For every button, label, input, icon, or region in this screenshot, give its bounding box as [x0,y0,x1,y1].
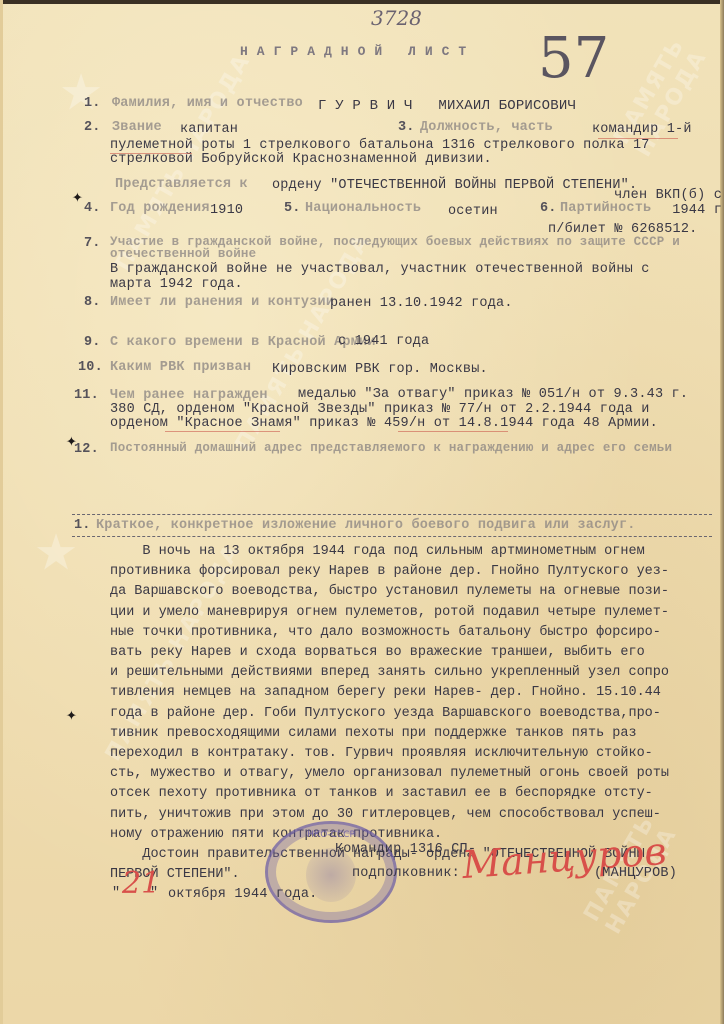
narrative-line: В ночь на 13 октября 1944 года под сильн… [110,542,710,562]
narrative-line: и решительными действиями вперед занять … [110,663,710,683]
field-7-value-2: марта 1942 года. [110,277,243,293]
award-sheet-page: ★ ПАМЯТЬ НАРОДА ★ ПАМЯТЬ НАРОДА ПАМЯТЬ Н… [0,0,724,1024]
date-quote-close: " [150,886,158,902]
field-8-number: 8. [84,295,101,311]
field-2-label: Звание [112,120,162,136]
field-2-value: капитан [180,122,238,138]
field-6-number: 6. [540,201,557,217]
narrative-line: пить, уничтожив при этом до 30 гитлеровц… [110,805,710,825]
field-5-label: Национальность [305,201,421,217]
field-4-label: Год рождения [110,201,210,217]
field-1-value: Г У Р В И Ч МИХАИЛ БОРИСОВИЧ [318,98,576,114]
field-3-number: 3. [398,120,415,136]
date-text: октября 1944 года. [168,887,317,903]
stamp-top-text: НКО-СССР [268,830,394,840]
section-divider-top [72,514,712,515]
narrative-line: да Варшавского воеводства, быстро устано… [110,582,710,602]
narrative-line: вать реку Нарев и схода ворваться во вра… [110,643,710,663]
field-1-number: 1. [84,96,101,112]
field-10-number: 10. [78,360,103,376]
field-2-number: 2. [84,120,101,136]
archive-number: 3728 [371,6,422,30]
scan-edge-left [0,0,3,1024]
field-6-value: член ВКП(б) с 1944 г [590,188,722,218]
field-10-label: Каким РВК призван [110,360,251,376]
field-8-value: ранен 13.10.1942 года. [330,296,513,312]
field-3-label: Должность, часть [420,120,553,136]
ink-blot: ✦ [72,186,83,208]
field-11-number: 11. [74,388,99,404]
narrative-line: тивления немцев на западном берегу реки … [110,683,710,703]
section-label: Краткое, конкретное изложение личного бо… [96,518,636,534]
narrative-line: противника форсировал реку Нарев в район… [110,562,710,582]
ink-blot: ✦ [66,704,77,726]
field-1-label: Фамилия, имя и отчество [112,96,303,112]
field-5-value: осетин [448,204,498,220]
field-7-label: Участие в гражданской войне, последующих… [110,236,710,260]
narrative-line: сть, мужество и отвагу, умело организова… [110,764,710,784]
field-4-number: 4. [84,201,101,217]
field-9-number: 9. [84,335,101,351]
narrative-line: ции и умело маневрируя огнем пулеметов, … [110,603,710,623]
scan-edge-top [0,0,724,4]
date-quote-open: " [112,886,120,902]
scan-edge-right [720,0,724,1024]
field-7-number: 7. [84,236,101,252]
sheet-number: 57 [538,26,609,91]
section-divider-bottom [72,536,712,537]
signature-line-2: подполковник: [352,866,460,882]
narrative-line: тивник превосходящими силами пехоты при … [110,724,710,744]
watermark-star-icon: ★ [35,505,77,592]
field-5-number: 5. [284,201,301,217]
document-title: НАГРАДНОЙ ЛИСТ [240,44,475,60]
signature-line-1: Командир 1316 СП- [335,842,476,858]
field-3-continuation-2: стрелковой Бобруйской Краснознаменной ди… [110,152,492,168]
field-3-value: командир 1-й [592,122,692,138]
field-9-value: с 1941 года [338,334,429,350]
narrative-line: переходил в контратаку. тов. Гурвич проя… [110,744,710,764]
signatory-name: (МАНЦУРОВ) [594,866,677,882]
narrative-line: отсек пехоту противника от танков и заст… [110,784,710,804]
field-4-value: 1910 [210,203,243,219]
presented-label: Представляется к [115,177,248,193]
field-11-value-3: орденом "Красное Знамя" приказ № 459/н о… [110,416,658,432]
section-number: 1. [74,518,91,534]
red-underline [398,431,508,432]
field-10-value: Кировским РВК гор. Москвы. [272,362,488,378]
red-underline [110,153,192,154]
field-7-value-1: В гражданской войне не участвовал, участ… [110,262,650,278]
red-underline [165,431,280,432]
field-8-label: Имеет ли ранения и контузии [110,295,334,311]
presented-value: ордену "ОТЕЧЕСТВЕННОЙ ВОЙНЫ ПЕРВОЙ СТЕПЕ… [272,178,637,194]
red-underline [598,138,678,139]
field-11-value-1: медалью "За отвагу" приказ № 051/н от 9.… [298,387,688,403]
field-12-label: Постоянный домашний адрес представляемог… [110,442,710,454]
narrative-line: года в районе дер. Гоби Пултуского уезда… [110,704,710,724]
narrative-line: ные точки противника, что дало возможнос… [110,623,710,643]
field-12-number: 12. [74,442,99,458]
watermark-star-icon: ★ [60,45,102,132]
field-9-label: С какого времени в Красной Армии [110,335,376,351]
